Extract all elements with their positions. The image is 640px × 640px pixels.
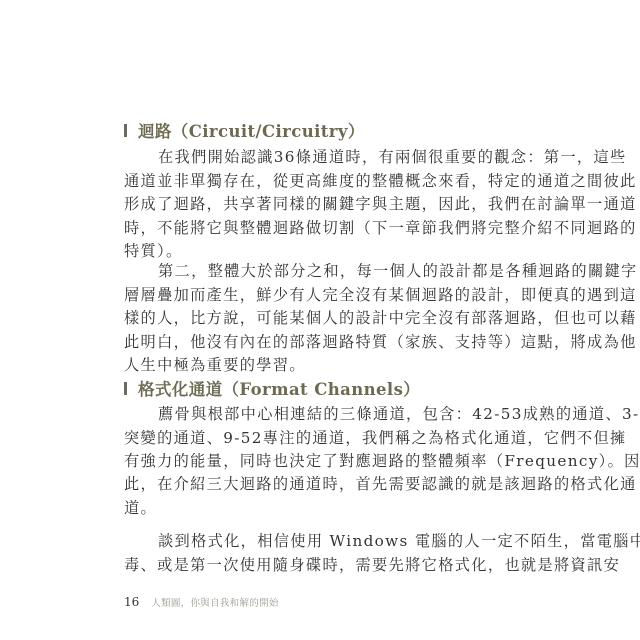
paragraph-line: 通道並非單獨存在，從更高維度的整體概念來看，特定的通道之間彼此	[124, 170, 498, 192]
section-heading-circuit: 迴路（Circuit/Circuitry）	[124, 119, 365, 141]
paragraph-line: 形成了迴路，共享著同樣的關鍵字與主題，因此，我們在討論單一通道	[124, 193, 498, 215]
paragraph-line: 特質）。	[124, 240, 498, 262]
paragraph-line: 毒、或是第一次使用隨身碟時，需要先將它格式化，也就是將資訊安	[124, 554, 498, 576]
paragraph-line: 在我們開始認識36條通道時，有兩個很重要的觀念：第一，這些	[158, 146, 498, 168]
running-title: 人類圖，你與自我和解的開始	[151, 595, 278, 609]
paragraph-line: 層層疊加而產生，鮮少有人完全沒有某個迴路的設計，即便真的遇到這	[124, 284, 498, 306]
book-page: 迴路（Circuit/Circuitry） 在我們開始認識36條通道時，有兩個很…	[0, 0, 640, 640]
paragraph-line: 此，在介紹三大迴路的通道時，首先需要認識的就是該迴路的格式化通	[124, 473, 498, 495]
heading-text: 格式化通道（Format Channels）	[138, 376, 420, 400]
paragraph-line: 時，不能將它與整體迴路做切割（下一章節我們將完整介紹不同迴路的	[124, 217, 498, 239]
paragraph-line: 此明白，他沒有內在的部落迴路特質（家族、支持等）這點，將成為他	[124, 331, 498, 353]
section-heading-format-channels: 格式化通道（Format Channels）	[124, 377, 420, 399]
paragraph-line: 人生中極為重要的學習。	[124, 354, 498, 376]
paragraph-line: 有強力的能量，同時也決定了對應迴路的整體頻率（Frequency）。因	[124, 450, 498, 472]
page-number: 16	[124, 595, 139, 609]
paragraph-line: 談到格式化，相信使用 Windows 電腦的人一定不陌生，當電腦中	[158, 530, 498, 552]
heading-bar-marker	[124, 382, 127, 395]
heading-text: 迴路（Circuit/Circuitry）	[138, 118, 365, 142]
paragraph-line: 突變的通道、9-52專注的通道，我們稱之為格式化通道，它們不但擁	[124, 427, 498, 449]
page-footer: 16 人類圖，你與自我和解的開始	[124, 594, 279, 610]
paragraph-line: 薦骨與根部中心相連結的三條通道，包含：42-53成熟的通道、3-60	[158, 403, 498, 425]
paragraph-line: 樣的人，比方說，可能某個人的設計中完全沒有部落迴路，但也可以藉	[124, 307, 498, 329]
heading-bar-marker	[124, 124, 127, 137]
paragraph-line: 道。	[124, 497, 498, 519]
paragraph-line: 第二，整體大於部分之和，每一個人的設計都是各種迴路的關鍵字	[158, 260, 498, 282]
